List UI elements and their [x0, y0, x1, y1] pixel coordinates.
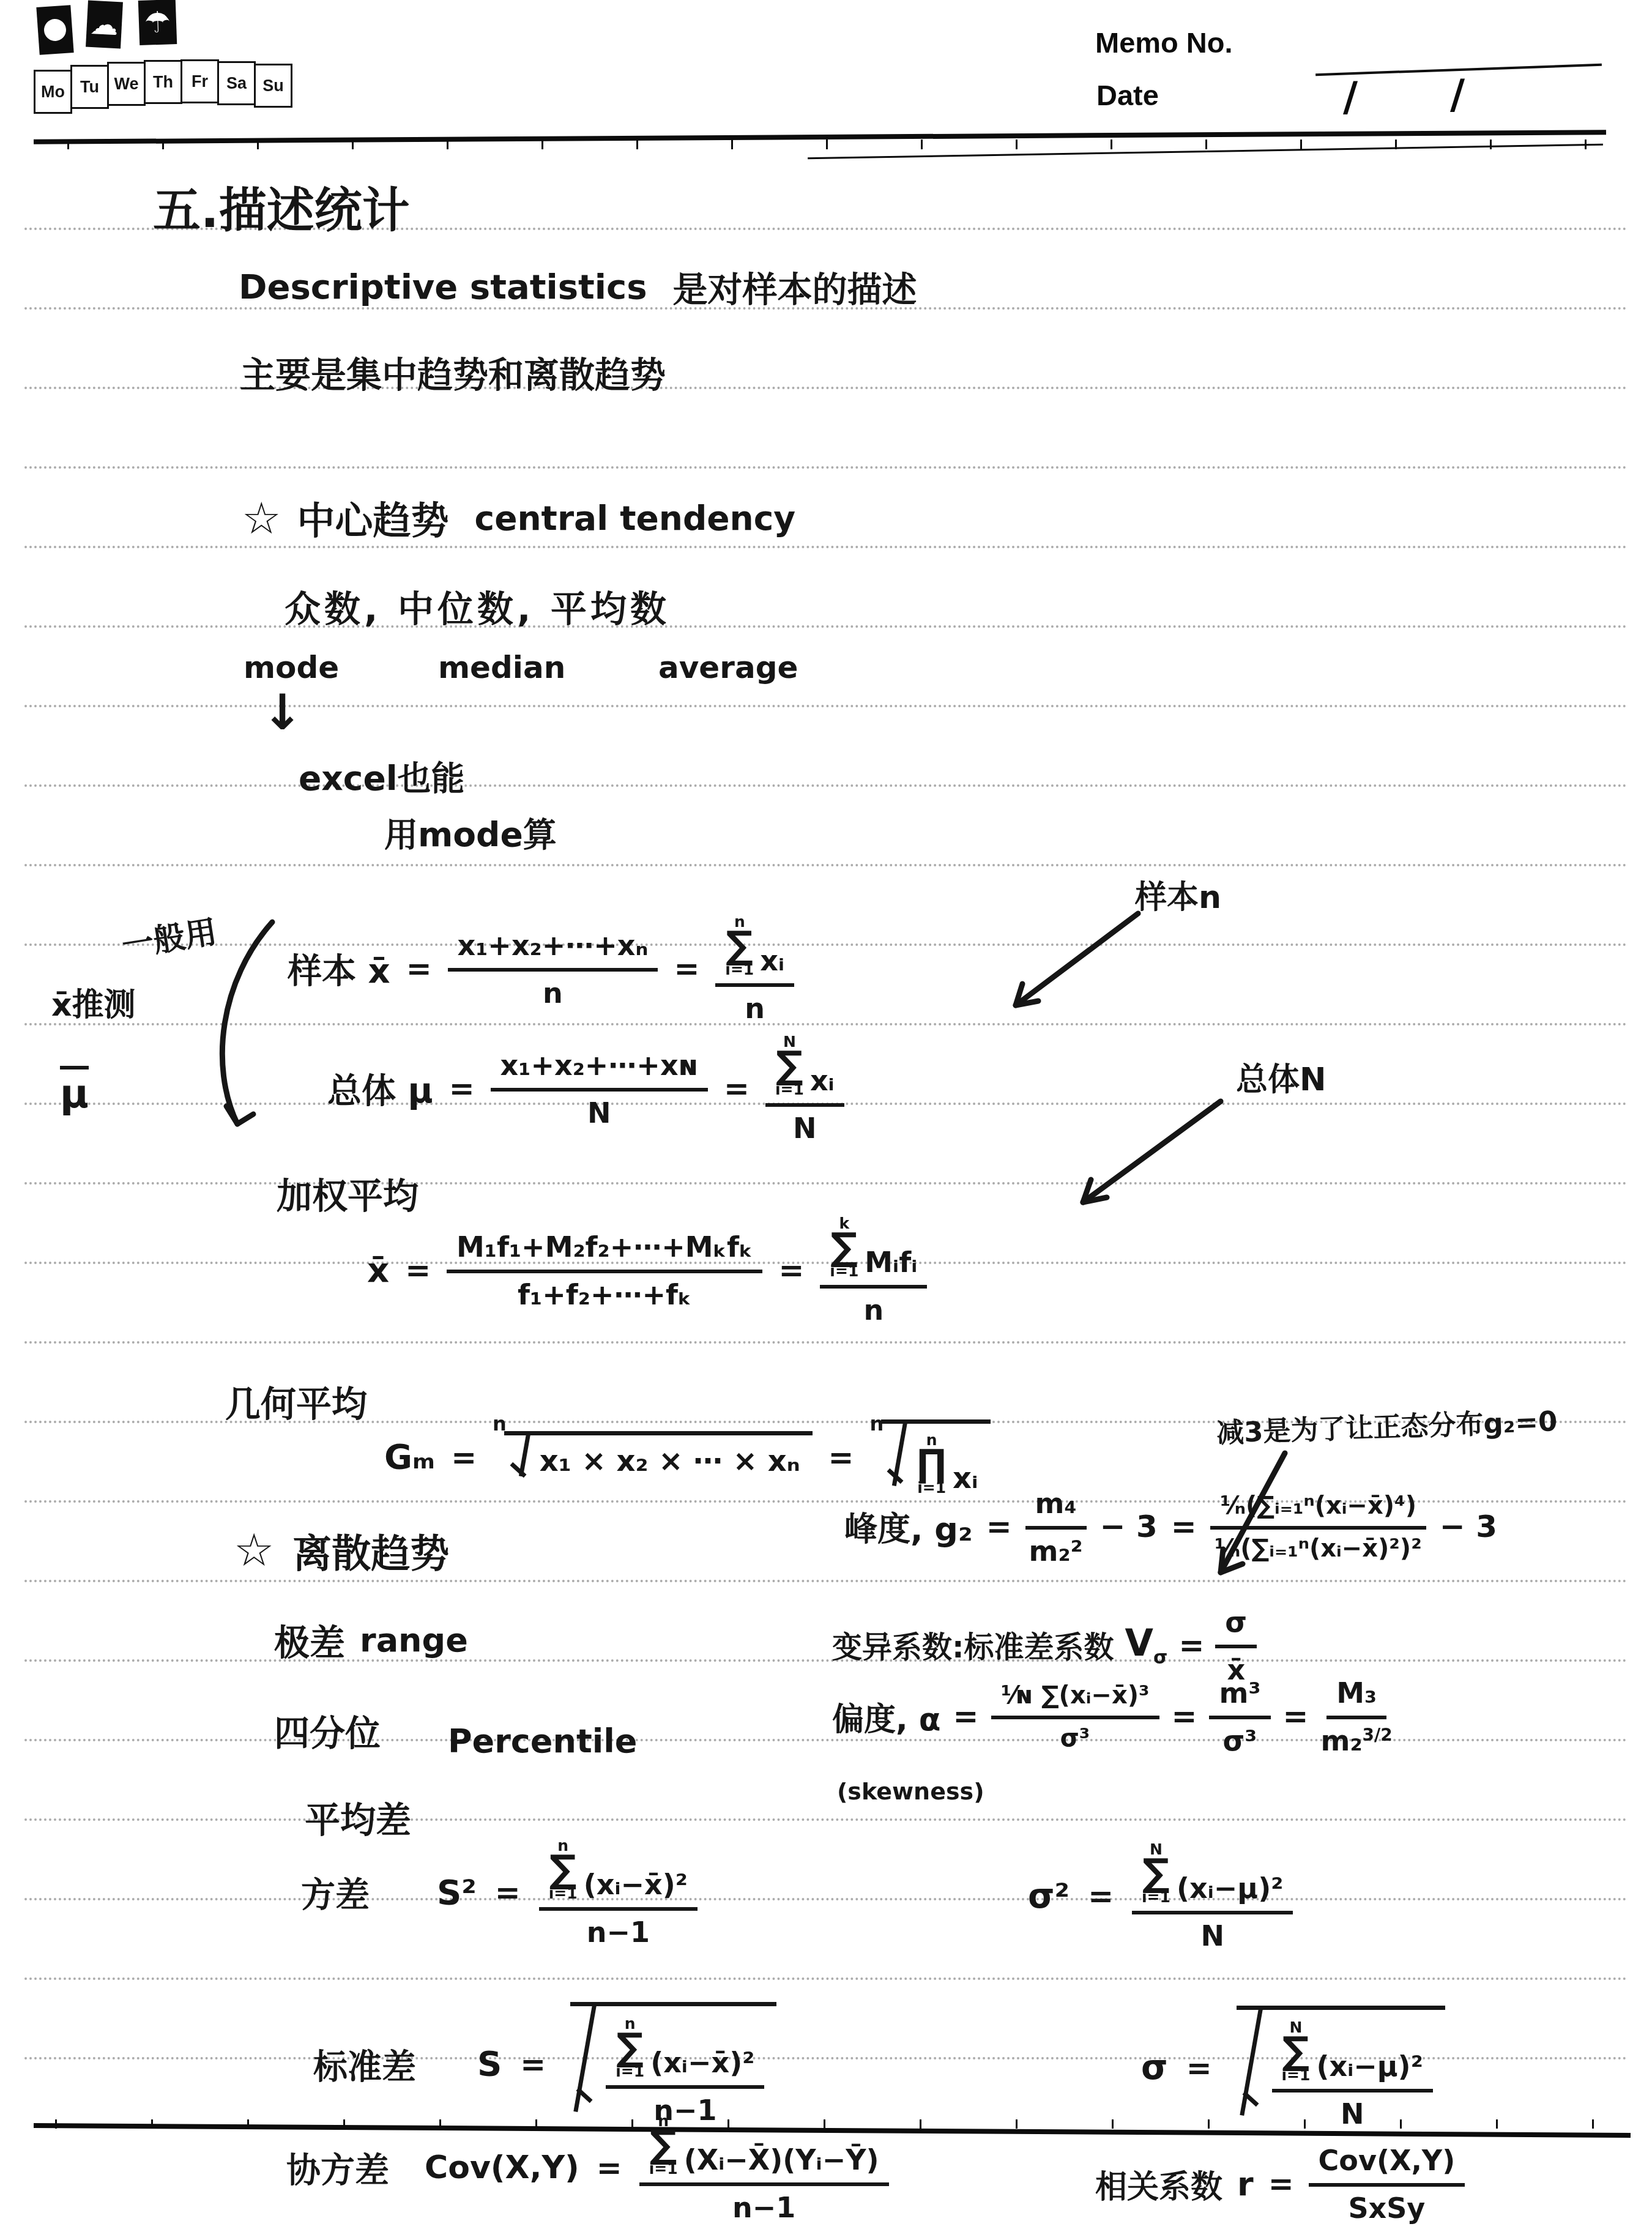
formula-label: Gₘ — [384, 1437, 435, 1477]
sum-body: (Xᵢ−X̄)(Yᵢ−Ȳ) — [684, 2143, 879, 2176]
cv-label: 变异系数:标准差系数 — [832, 1624, 1114, 1667]
sum-body: Mᵢfᵢ — [865, 1246, 917, 1279]
square-root: N ∑ i=1 (xᵢ−μ)² N — [1237, 2006, 1445, 2130]
dispersion-heading: ☆ 离散趋势 — [234, 1522, 449, 1579]
footer-tick — [1304, 2119, 1306, 2129]
sum-fraction: n ∑ i=1 (xᵢ−x̄)² n−1 — [606, 2015, 764, 2127]
sum-fraction: N ∑ i=1 (xᵢ−μ)² N — [1132, 1840, 1293, 1952]
quartile-line: 四分位 Percentile — [274, 1700, 637, 1760]
sigma-icon: ∑ — [831, 1231, 858, 1263]
sample-annotation-arrow — [994, 898, 1153, 1021]
fraction-numerator: ¹⁄ɴ ∑(xᵢ−x̄)³ — [991, 1680, 1159, 1719]
kurtosis-formula: 峰度, g₂ = m₄ m₂² − 3 = ¹⁄ₙ(∑ᵢ₌₁ⁿ(xᵢ−x̄)⁴)… — [844, 1486, 1497, 1568]
central-heading-en: central tendency — [475, 499, 796, 538]
notebook-page: ☁ ☂ MoTuWeThFrSaSu Memo No. Date / / 五.描… — [0, 0, 1652, 2232]
fraction-numerator: m³ — [1209, 1675, 1270, 1719]
sum-symbol: k ∑ i=1 — [830, 1216, 858, 1279]
formula-label: 总体 μ — [327, 1064, 433, 1113]
umbrella-icon: ☂ — [144, 7, 171, 37]
weighted-mean-heading: 加权平均 — [277, 1167, 419, 1219]
fraction-denominator: N — [1341, 2092, 1364, 2130]
header-tick — [1205, 139, 1207, 149]
sum-body: (xᵢ−x̄)² — [650, 2046, 754, 2079]
sigma-icon: ∑ — [726, 929, 754, 962]
ruled-line — [24, 1898, 1628, 1900]
stddev-symbol: σ — [1141, 2048, 1168, 2088]
equals-sign: = — [597, 2150, 622, 2185]
sum-symbol: n ∑ i=1 — [616, 2016, 644, 2079]
fraction-numerator: M₃ — [1326, 1675, 1386, 1719]
fraction-numerator: Cov(X,Y) — [1309, 2143, 1465, 2187]
fraction-numerator: n ∑ i=1 (Xᵢ−X̄)(Yᵢ−Ȳ) — [639, 2112, 889, 2186]
sum-lower-limit: i=1 — [549, 1886, 578, 1901]
fraction-numerator: N ∑ i=1 (xᵢ−μ)² — [1132, 1840, 1293, 1914]
header-tick — [1395, 139, 1397, 149]
geometric-mean-formula: Gₘ = n x₁ × x₂ × ⋯ × xₙ = n n ∏ i=1 xᵢ — [384, 1419, 991, 1495]
equals-sign: = — [405, 1252, 431, 1288]
sum-symbol: n ∑ i=1 — [725, 914, 754, 977]
mean-deviation-label: 平均差 — [305, 1791, 411, 1843]
radicand: x₁ × x₂ × ⋯ × xₙ — [540, 1444, 800, 1483]
sigma-icon: ∑ — [776, 1049, 803, 1082]
sum-lower-limit: i=1 — [649, 2161, 678, 2176]
square-root: x₁ × x₂ × ⋯ × xₙ — [504, 1431, 813, 1483]
footer-tick — [151, 2119, 153, 2129]
weekday-cell: Sa — [217, 61, 256, 105]
date-slash-2: / — [1450, 71, 1465, 118]
weekday-cell: Fr — [180, 59, 219, 103]
header-rule — [34, 130, 1606, 144]
equals-sign: = — [495, 1875, 521, 1910]
sum-fraction: N ∑ i=1 xᵢ N — [765, 1033, 844, 1145]
margin-curve-arrow — [202, 913, 294, 1145]
ruled-line — [24, 1182, 1628, 1185]
footer-tick — [1016, 2119, 1018, 2129]
weather-icon-umbrella: ☂ — [138, 0, 177, 45]
equals-sign: = — [778, 1252, 804, 1288]
fraction-denominator: N — [587, 1092, 611, 1129]
equals-sign: = — [986, 1509, 1012, 1544]
margin-note-line2: x̄推测 — [51, 979, 136, 1025]
footer-tick — [247, 2119, 249, 2129]
central-heading: ☆ 中心趋势 central tendency — [242, 491, 795, 545]
footer-tick — [1496, 2119, 1498, 2129]
excel-note-line2: 用mode算 — [384, 808, 557, 856]
sigma-icon: ∑ — [549, 1853, 577, 1886]
fraction: m₄ m₂² — [1025, 1486, 1087, 1568]
footer-tick — [1112, 2119, 1114, 2129]
population-size-annotation: 总体N — [1236, 1054, 1326, 1099]
ruled-line — [24, 625, 1628, 628]
header-tick — [162, 139, 164, 149]
weekday-strip: MoTuWeThFrSaSu — [35, 61, 292, 105]
ruled-line — [24, 466, 1628, 469]
fraction-denominator: n−1 — [732, 2186, 795, 2224]
footer-tick — [1592, 2119, 1594, 2129]
cov-symbol: Cov(X,Y) — [425, 2149, 579, 2186]
pi-icon: ∏ — [917, 1448, 947, 1480]
square-root: n ∏ i=1 xᵢ — [881, 1419, 990, 1495]
formula-label: 偏度, α — [832, 1694, 941, 1739]
weather-icon-cloud: ☁ — [86, 1, 123, 49]
header-tick — [731, 139, 733, 149]
sum-fraction: n ∑ i=1 xᵢ n — [715, 913, 794, 1025]
sum-fraction: n ∑ i=1 (xᵢ−x̄)² n−1 — [539, 1837, 698, 1949]
equals-sign: = — [724, 1071, 750, 1106]
fraction: x₁+x₂+⋯+xₙ n — [448, 928, 658, 1010]
ruled-line — [24, 546, 1628, 548]
fraction-denominator: SxSy — [1348, 2187, 1425, 2225]
star-icon: ☆ — [242, 493, 281, 544]
fraction: x₁+x₂+⋯+xɴ N — [491, 1047, 708, 1129]
fraction: Cov(X,Y) SxSy — [1309, 2143, 1465, 2225]
weekday-cell: We — [107, 62, 146, 106]
stddev-symbol: S — [477, 2044, 502, 2084]
variance-formula-sample: 方差 S² = n ∑ i=1 (xᵢ−x̄)² n−1 — [301, 1837, 698, 1949]
stddev-formula-sample: 标准差 S = n ∑ i=1 (xᵢ−x̄)² n−1 — [313, 2002, 776, 2127]
sum-body: (xᵢ−x̄)² — [584, 1868, 688, 1901]
sum-symbol: N ∑ i=1 — [1142, 1842, 1170, 1905]
fraction-numerator: n ∑ i=1 (xᵢ−x̄)² — [539, 1837, 698, 1911]
header-tick — [1585, 139, 1587, 149]
note-title: 五.描述统计 — [153, 173, 410, 241]
population-mean-formula: 总体 μ = x₁+x₂+⋯+xɴ N = N ∑ i=1 xᵢ N — [327, 1033, 844, 1145]
focus-line: 主要是集中趋势和离散趋势 — [240, 346, 666, 398]
fraction: M₃ m₂3/2 — [1320, 1675, 1392, 1757]
sum-fraction: k ∑ i=1 Mᵢfᵢ n — [820, 1215, 927, 1326]
header-tick — [1490, 139, 1492, 149]
sum-fraction: n ∑ i=1 (Xᵢ−X̄)(Yᵢ−Ȳ) n−1 — [639, 2112, 889, 2224]
sum-symbol: n ∑ i=1 — [649, 2113, 678, 2176]
ruled-line — [24, 1341, 1628, 1344]
fraction-denominator: σ³ — [1223, 1719, 1257, 1757]
weekday-cell: Tu — [70, 65, 109, 109]
ruled-line — [24, 1580, 1628, 1582]
equals-sign: = — [1088, 1878, 1114, 1914]
root-index: n — [869, 1412, 884, 1435]
term-average: average — [658, 650, 798, 685]
quartile-zh: 四分位 — [274, 1705, 381, 1756]
stddev-formula-population: σ = N ∑ i=1 (xᵢ−μ)² N — [1141, 2006, 1445, 2130]
ruled-line — [24, 1818, 1628, 1821]
cloud-icon: ☁ — [89, 10, 119, 39]
fraction-denominator: n — [745, 987, 765, 1025]
equals-sign: = — [406, 951, 432, 986]
sum-fraction: N ∑ i=1 (xᵢ−μ)² N — [1272, 2018, 1433, 2130]
sum-body: (xᵢ−μ)² — [1177, 1872, 1283, 1905]
fraction-numerator: N ∑ i=1 xᵢ — [765, 1033, 844, 1107]
sun-icon — [43, 18, 67, 42]
weekday-cell: Su — [254, 64, 292, 108]
margin-note-line3: μ — [60, 1066, 89, 1117]
ruled-line — [24, 784, 1628, 787]
fraction-numerator: N ∑ i=1 (xᵢ−μ)² — [1272, 2018, 1433, 2092]
term-median: median — [438, 650, 565, 685]
equals-sign: = — [828, 1440, 854, 1475]
sigma-icon: ∑ — [650, 2129, 677, 2161]
fraction-numerator: n ∑ i=1 xᵢ — [715, 913, 794, 987]
minus-three: − 3 — [1440, 1509, 1497, 1544]
ruled-line — [24, 1977, 1628, 1980]
equals-sign: = — [1283, 1698, 1309, 1734]
formula-label: x̄ — [367, 1251, 389, 1290]
population-annotation-arrow — [1055, 1083, 1239, 1224]
equals-sign: = — [1172, 1698, 1197, 1734]
fraction: ¹⁄ɴ ∑(xᵢ−x̄)³ σ³ — [991, 1680, 1159, 1752]
sum-lower-limit: i=1 — [725, 962, 754, 977]
down-arrow-icon: ↓ — [262, 684, 303, 741]
formula-label: 方差 — [301, 1868, 370, 1917]
sum-symbol: N ∑ i=1 — [1282, 2020, 1311, 2083]
dispersion-heading-zh: 离散趋势 — [292, 1522, 449, 1579]
equals-sign: = — [674, 951, 699, 986]
correlation-formula: 相关系数 r = Cov(X,Y) SxSy — [1095, 2143, 1465, 2225]
fraction-numerator: k ∑ i=1 Mᵢfᵢ — [820, 1215, 927, 1289]
terms-line: 众数, 中位数, 平均数 — [285, 580, 670, 632]
formula-label: 协方差 — [286, 2143, 389, 2192]
variance-symbol: σ² — [1028, 1877, 1070, 1916]
skewness-formula: 偏度, α = ¹⁄ɴ ∑(xᵢ−x̄)³ σ³ = m³ σ³ = M₃ m₂… — [832, 1675, 1393, 1757]
sample-mean-formula: 样本 x̄ = x₁+x₂+⋯+xₙ n = n ∑ i=1 xᵢ n — [288, 913, 794, 1025]
fraction-denominator: ¹⁄ₙ(∑ᵢ₌₁ⁿ(xᵢ−x̄)²)² — [1215, 1530, 1422, 1563]
fraction-numerator: M₁f₁+M₂f₂+⋯+Mₖfₖ — [447, 1229, 762, 1273]
memo-label: Memo No. — [1095, 26, 1233, 59]
equals-sign: = — [1171, 1509, 1197, 1544]
sum-body: xᵢ — [760, 944, 784, 977]
range-line: 极差 range — [274, 1614, 468, 1665]
equals-sign: = — [1268, 2166, 1294, 2201]
fraction-denominator: n−1 — [587, 1911, 650, 1949]
weather-icon-sun — [36, 5, 73, 55]
cv-symbol: Vσ — [1125, 1622, 1168, 1668]
sum-lower-limit: i=1 — [616, 2064, 644, 2079]
fraction-numerator: n ∑ i=1 (xᵢ−x̄)² — [606, 2015, 764, 2089]
excel-note-line1: excel也能 — [299, 751, 465, 800]
star-icon: ☆ — [234, 1524, 274, 1577]
sigma-icon: ∑ — [1282, 2035, 1310, 2067]
formula-label: 样本 x̄ — [288, 944, 390, 993]
corr-symbol: r — [1237, 2165, 1254, 2203]
square-root: n ∑ i=1 (xᵢ−x̄)² n−1 — [570, 2002, 776, 2127]
fraction: M₁f₁+M₂f₂+⋯+Mₖfₖ f₁+f₂+⋯+fₖ — [447, 1229, 762, 1311]
sum-symbol: n ∑ i=1 — [549, 1838, 578, 1901]
fraction: ¹⁄ₙ(∑ᵢ₌₁ⁿ(xᵢ−x̄)⁴) ¹⁄ₙ(∑ᵢ₌₁ⁿ(xᵢ−x̄)²)² — [1210, 1490, 1426, 1563]
header-tick — [447, 139, 448, 149]
sum-symbol: N ∑ i=1 — [775, 1034, 804, 1097]
equals-sign: = — [451, 1440, 477, 1475]
formula-label: 相关系数 — [1095, 2161, 1222, 2207]
fraction-denominator: n — [543, 972, 563, 1010]
sigma-icon: ∑ — [1142, 1857, 1170, 1889]
central-heading-zh: 中心趋势 — [297, 491, 449, 545]
footer-tick — [920, 2119, 921, 2129]
sum-body: xᵢ — [810, 1064, 835, 1097]
covariance-formula: 协方差 Cov(X,Y) = n ∑ i=1 (Xᵢ−X̄)(Yᵢ−Ȳ) n−1 — [286, 2112, 889, 2224]
header-tick — [67, 139, 69, 149]
date-label: Date — [1096, 78, 1159, 112]
sum-lower-limit: i=1 — [775, 1082, 804, 1097]
minus-three: − 3 — [1100, 1509, 1158, 1544]
header-tick — [352, 139, 354, 149]
weighted-mean-formula: x̄ = M₁f₁+M₂f₂+⋯+Mₖfₖ f₁+f₂+⋯+fₖ = k ∑ i… — [367, 1215, 927, 1326]
variance-symbol: S² — [437, 1873, 477, 1913]
header-tick — [636, 139, 638, 149]
fraction-numerator: x₁+x₂+⋯+xɴ — [491, 1047, 708, 1092]
intro-chinese: 是对样本的描述 — [673, 262, 917, 312]
geometric-mean-heading: 几何平均 — [225, 1375, 367, 1427]
weekday-cell: Th — [144, 60, 182, 104]
equals-sign: = — [1186, 2050, 1212, 2086]
variance-formula-population: σ² = N ∑ i=1 (xᵢ−μ)² N — [1028, 1840, 1293, 1952]
footer-tick — [1208, 2119, 1210, 2129]
sigma-icon: ∑ — [616, 2031, 644, 2064]
header-tick — [541, 139, 543, 149]
fraction-denominator: m₂² — [1029, 1530, 1082, 1568]
root-index: n — [493, 1412, 507, 1435]
cv-formula: 变异系数:标准差系数 Vσ = σ x̄ — [832, 1604, 1257, 1686]
range-en: range — [360, 1621, 468, 1659]
sum-lower-limit: i=1 — [1282, 2067, 1311, 2083]
header-tick — [1111, 139, 1112, 149]
weekday-cell: Mo — [34, 70, 72, 114]
fraction-numerator: σ — [1215, 1604, 1257, 1648]
fraction-denominator: n — [863, 1289, 884, 1326]
formula-label: 峰度, g₂ — [844, 1503, 973, 1550]
fraction-numerator: ¹⁄ₙ(∑ᵢ₌₁ⁿ(xᵢ−x̄)⁴) — [1210, 1490, 1426, 1530]
header-tick — [921, 139, 923, 149]
footer-tick — [1400, 2119, 1402, 2129]
fraction-denominator: m₂3/2 — [1320, 1719, 1392, 1757]
header-tick — [1016, 139, 1018, 149]
intro-line: Descriptive statistics 是对样本的描述 — [239, 262, 917, 312]
fraction-denominator: f₁+f₂+⋯+fₖ — [518, 1273, 691, 1311]
header-tick — [1300, 139, 1302, 149]
equals-sign: = — [520, 2047, 546, 2082]
range-zh: 极差 — [274, 1614, 345, 1665]
fraction-denominator: N — [1200, 1914, 1224, 1952]
equals-sign: = — [953, 1698, 979, 1734]
fraction-denominator: σ³ — [1060, 1719, 1090, 1752]
date-slash-1: / — [1343, 73, 1358, 121]
fraction: m³ σ³ — [1209, 1675, 1270, 1757]
footer-tick — [55, 2119, 57, 2129]
formula-label: 标准差 — [313, 2040, 416, 2089]
sum-lower-limit: i=1 — [1142, 1889, 1170, 1905]
intro-english: Descriptive statistics — [239, 267, 647, 307]
ruled-line — [24, 1659, 1628, 1662]
fraction-denominator: N — [793, 1107, 817, 1145]
term-mode: mode — [244, 650, 339, 685]
fraction-numerator: m₄ — [1025, 1486, 1087, 1530]
ruled-line — [24, 864, 1628, 866]
header-tick — [257, 139, 259, 149]
sum-lower-limit: i=1 — [830, 1263, 858, 1279]
header-tick — [826, 139, 828, 149]
equals-sign: = — [449, 1071, 475, 1106]
sum-body: (xᵢ−μ)² — [1316, 2050, 1423, 2083]
equals-sign: = — [1178, 1627, 1204, 1663]
skewness-sublabel: (skewness) — [837, 1778, 984, 1805]
quartile-en: Percentile — [448, 1722, 637, 1760]
fraction-numerator: x₁+x₂+⋯+xₙ — [448, 928, 658, 972]
fraction: σ x̄ — [1215, 1604, 1257, 1686]
